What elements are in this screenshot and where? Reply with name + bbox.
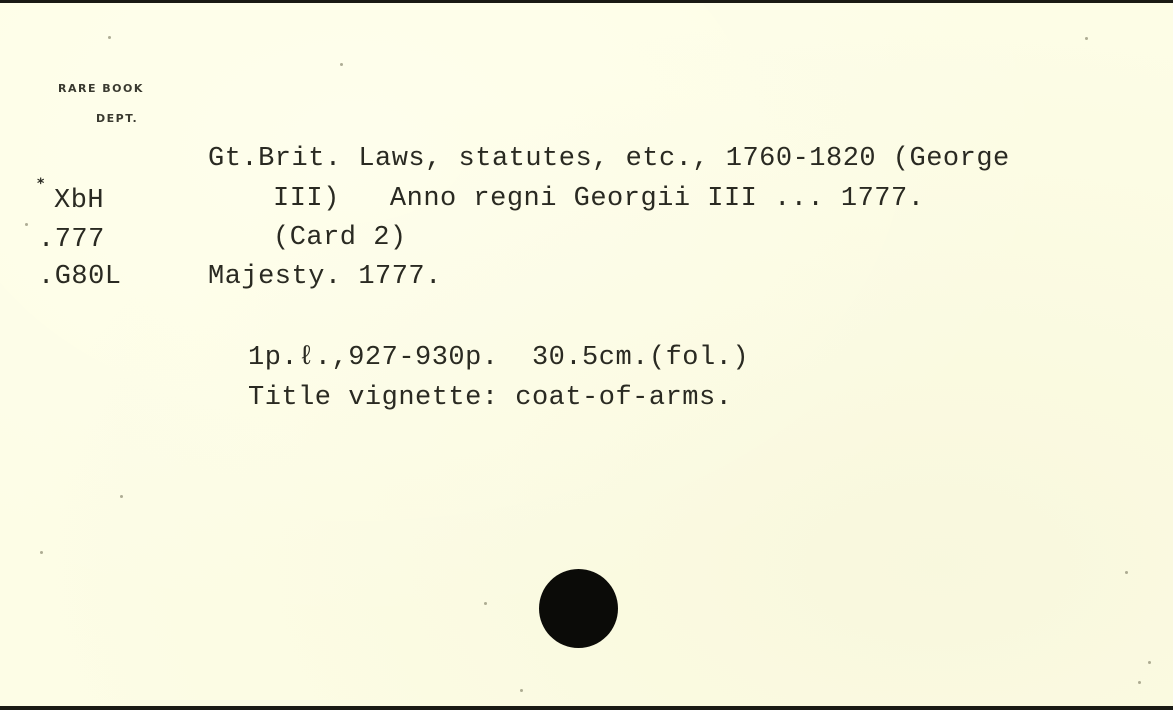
entry-heading-line-3: (Card 2) [273,225,407,252]
entry-heading-line-4: Majesty. 1777. [208,264,442,291]
paper-speck [25,223,28,226]
paper-speck [1125,571,1128,574]
entry-heading-line-1: Gt.Brit. Laws, statutes, etc., 1760-1820… [208,146,1010,173]
paper-speck [40,551,43,554]
paper-speck [120,495,123,498]
call-number-line-3: .G80L [38,264,122,291]
paper-speck [1148,661,1151,664]
note-line: Title vignette: coat-of-arms. [248,385,732,412]
call-number-line-2: .777 [38,227,105,254]
paper-speck [1138,681,1141,684]
paper-speck [108,36,111,39]
paper-speck [1085,37,1088,40]
collation-line: 1p.ℓ.,927-930p. 30.5cm.(fol.) [248,345,749,372]
call-number-marker: * [37,177,44,191]
punch-hole [539,569,618,648]
entry-heading-line-2: III) Anno regni Georgii III ... 1777. [273,186,924,213]
paper-speck [520,689,523,692]
paper-speck [484,602,487,605]
call-number-line-1: XbH [54,188,104,215]
department-stamp-line1: RARE BOOK [58,83,144,94]
catalog-card: RARE BOOK DEPT. * XbH .777 .G80L Gt.Brit… [0,3,1173,706]
department-stamp-line2: DEPT. [96,113,138,124]
paper-speck [340,63,343,66]
